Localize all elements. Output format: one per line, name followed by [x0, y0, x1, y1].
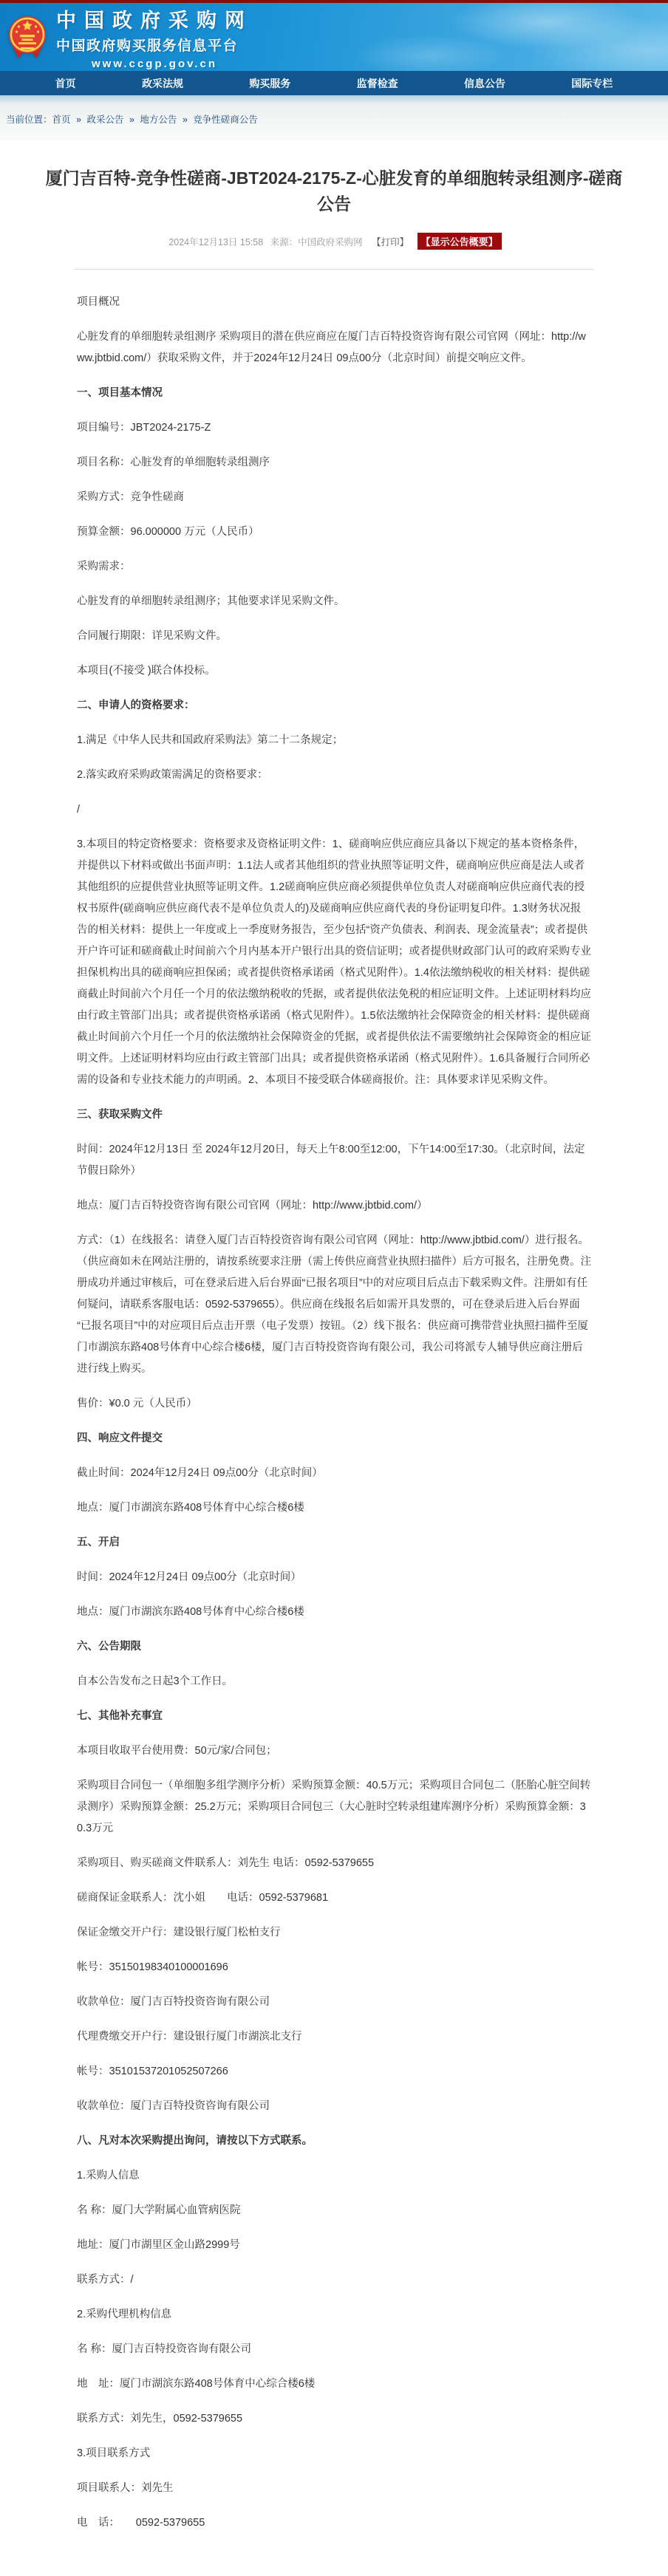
breadcrumb-separator: »	[74, 115, 84, 125]
paragraph: 收款单位：厦门吉百特投资咨询有限公司	[77, 1992, 591, 2013]
nav-item[interactable]: 信息公告	[464, 76, 505, 91]
site-header: 中国政府采购网 中国政府购买服务信息平台 www.ccgp.gov.cn	[0, 3, 668, 71]
paragraph: 帐号：35101537201052507266	[77, 2061, 591, 2083]
section-heading: 六、公告期限	[77, 1636, 591, 1658]
section-heading: 八、凡对本次采购提出询问，请按以下方式联系。	[77, 2131, 591, 2152]
show-summary-badge[interactable]: 【显示公告概要】	[417, 233, 502, 250]
paragraph: 3.本项目的特定资格要求：资格要求及资格证明文件：1、磋商响应供应商应具备以下规…	[77, 834, 591, 1091]
article-meta: 2024年12月13日 15:58 来源：中国政府采购网 【打印】 【显示公告概…	[0, 233, 668, 250]
paragraph: 心脏发育的单细胞转录组测序 采购项目的潜在供应商应在厦门吉百特投资咨询有限公司官…	[77, 327, 591, 369]
site-name: 中国政府采购网	[56, 4, 253, 33]
breadcrumb-item[interactable]: 政采公告	[86, 115, 123, 125]
paragraph: 1.满足《中华人民共和国政府采购法》第二十二条规定；	[77, 730, 591, 751]
nav-item[interactable]: 购买服务	[249, 76, 290, 91]
paragraph: 本项目收取平台使用费：50元/家/合同包；	[77, 1740, 591, 1762]
paragraph: 时间：2024年12月24日 09点00分（北京时间）	[77, 1567, 591, 1588]
paragraph: 收款单位：厦门吉百特投资咨询有限公司	[77, 2096, 591, 2117]
section-heading: 五、开启	[77, 1532, 591, 1554]
paragraph: 截止时间：2024年12月24日 09点00分（北京时间）	[77, 1463, 591, 1484]
nav-item[interactable]: 国际专栏	[571, 76, 613, 91]
paragraph: 2.落实政府采购政策需满足的资格要求：	[77, 765, 591, 786]
paragraph: 地点：厦门市湖滨东路408号体育中心综合楼6楼	[77, 1497, 591, 1519]
paragraph: 电 话： 0592-5379655	[77, 2512, 591, 2534]
paragraph: /	[77, 799, 591, 821]
paragraph: 3.项目联系方式	[77, 2443, 591, 2464]
paragraph: 地址：厦门市湖里区金山路2999号	[77, 2235, 591, 2256]
section-heading: 四、响应文件提交	[77, 1428, 591, 1449]
section-heading: 七、其他补充事宜	[77, 1706, 591, 1727]
national-emblem-icon	[7, 14, 47, 60]
paragraph: 保证金缴交开户行：建设银行厦门松柏支行	[77, 1922, 591, 1944]
paragraph: 预算金额：96.000000 万元（人民币）	[77, 522, 591, 543]
paragraph: 代理费缴交开户行：建设银行厦门市湖滨北支行	[77, 2026, 591, 2048]
paragraph: 名 称：厦门大学附属心血管病医院	[77, 2200, 591, 2221]
title-divider	[74, 269, 594, 270]
site-url: www.ccgp.gov.cn	[56, 58, 253, 70]
breadcrumb-separator: »	[180, 115, 190, 125]
nav-item[interactable]: 政采法规	[142, 76, 183, 91]
paragraph: 心脏发育的单细胞转录组测序；其他要求详见采购文件。	[77, 591, 591, 612]
paragraph: 磋商保证金联系人：沈小姐 电话：0592-5379681	[77, 1887, 591, 1909]
section-heading: 二、申请人的资格要求：	[77, 695, 591, 717]
paragraph: 方式：（1）在线报名：请登入厦门吉百特投资咨询有限公司官网（网址：http://…	[77, 1230, 591, 1380]
paragraph: 联系方式：刘先生，0592-5379655	[77, 2408, 591, 2430]
nav-item[interactable]: 首页	[55, 76, 76, 91]
breadcrumb-item[interactable]: 地方公告	[140, 115, 177, 125]
site-subtitle: 中国政府购买服务信息平台	[56, 35, 253, 55]
paragraph: 帐号：35150198340100001696	[77, 1957, 591, 1978]
paragraph: 时间：2024年12月13日 至 2024年12月20日，每天上午8:00至12…	[77, 1139, 591, 1182]
paragraph: 采购项目、购买磋商文件联系人：刘先生 电话：0592-5379655	[77, 1853, 591, 1874]
paragraph: 地点：厦门市湖滨东路408号体育中心综合楼6楼	[77, 1602, 591, 1623]
paragraph: 项目概况	[77, 292, 591, 313]
paragraph: 采购项目合同包一（单细胞多组学测序分析）采购预算金额：40.5万元；采购项目合同…	[77, 1775, 591, 1839]
paragraph: 联系方式：/	[77, 2269, 591, 2291]
paragraph: 项目名称：心脏发育的单细胞转录组测序	[77, 452, 591, 474]
paragraph: 1.采购人信息	[77, 2165, 591, 2187]
paragraph: 地点：厦门吉百特投资咨询有限公司官网（网址：http://www.jbtbid.…	[77, 1195, 591, 1217]
print-button[interactable]: 【打印】	[372, 237, 409, 247]
breadcrumb-label: 当前位置：	[6, 115, 52, 125]
breadcrumb-separator: »	[126, 115, 137, 125]
breadcrumb-item[interactable]: 竞争性磋商公告	[193, 115, 258, 125]
section-heading: 三、获取采购文件	[77, 1104, 591, 1126]
paragraph: 采购方式：竞争性磋商	[77, 487, 591, 508]
source-label: 来源：中国政府采购网	[270, 237, 363, 247]
paragraph: 项目联系人：刘先生	[77, 2478, 591, 2499]
breadcrumb-item[interactable]: 首页	[52, 115, 71, 125]
paragraph: 2.采购代理机构信息	[77, 2304, 591, 2326]
site-logo-text: 中国政府采购网 中国政府购买服务信息平台 www.ccgp.gov.cn	[56, 4, 253, 70]
section-heading: 一、项目基本情况	[77, 383, 591, 404]
nav-item[interactable]: 监督检查	[357, 76, 398, 91]
paragraph: 售价：¥0.0 元（人民币）	[77, 1393, 591, 1415]
paragraph: 本项目(不接受 )联合体投标。	[77, 660, 591, 682]
article-body: 项目概况心脏发育的单细胞转录组测序 采购项目的潜在供应商应在厦门吉百特投资咨询有…	[77, 274, 591, 2572]
header-divider-strip	[0, 95, 668, 105]
paragraph: 合同履行期限：详见采购文件。	[77, 626, 591, 647]
main-nav: 首页政采法规购买服务监督检查信息公告国际专栏	[0, 71, 668, 95]
page-title: 厦门吉百特-竞争性磋商-JBT2024-2175-Z-心脏发育的单细胞转录组测序…	[44, 165, 624, 216]
paragraph: 名 称：厦门吉百特投资咨询有限公司	[77, 2339, 591, 2360]
paragraph: 地 址：厦门市湖滨东路408号体育中心综合楼6楼	[77, 2374, 591, 2395]
paragraph: 采购需求：	[77, 556, 591, 578]
breadcrumb: 当前位置：首页 » 政采公告 » 地方公告 » 竞争性磋商公告	[0, 105, 668, 140]
publish-datetime: 2024年12月13日 15:58	[168, 237, 263, 247]
paragraph: 自本公告发布之日起3个工作日。	[77, 1671, 591, 1692]
paragraph: 项目编号：JBT2024-2175-Z	[77, 417, 591, 439]
announcement-article: 厦门吉百特-竞争性磋商-JBT2024-2175-Z-心脏发育的单细胞转录组测序…	[0, 140, 668, 2572]
